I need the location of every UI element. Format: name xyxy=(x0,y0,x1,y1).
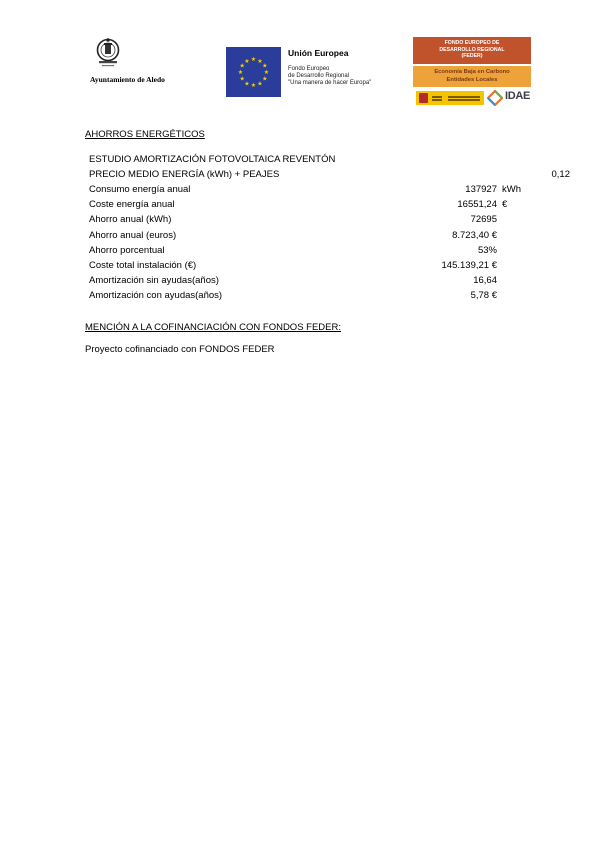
eu-flag-icon: ★★★★★★★★★★★★ xyxy=(226,47,281,97)
table-row-label: Coste energía anual xyxy=(89,199,175,210)
spain-government-logo xyxy=(416,91,484,105)
svg-text:★: ★ xyxy=(244,80,249,87)
eu-line-2: de Desarrollo Regional xyxy=(288,73,371,80)
svg-text:★: ★ xyxy=(251,82,256,89)
table-row-value: 145.139,21 € xyxy=(442,260,497,271)
sponsor-strip: IDAE xyxy=(413,88,531,108)
svg-text:★: ★ xyxy=(257,80,262,87)
feder-logo: FONDO EUROPEO DE DESARROLLO REGIONAL (FE… xyxy=(413,37,531,108)
eu-subtitle: Fondo Europeo de Desarrollo Regional "Un… xyxy=(288,66,371,87)
carbon-banner: Economía Baja en Carbono Entidades Local… xyxy=(413,66,531,87)
svg-text:★: ★ xyxy=(264,69,269,76)
feder-line-3: (FEDER) xyxy=(413,53,531,60)
feder-banner: FONDO EUROPEO DE DESARROLLO REGIONAL (FE… xyxy=(413,37,531,64)
eu-logo: ★★★★★★★★★★★★ Unión Europea Fondo Europeo… xyxy=(226,46,386,98)
svg-text:★: ★ xyxy=(238,69,243,76)
aledo-name: Ayuntamiento de Aledo xyxy=(90,75,165,84)
table-row-value: 8.723,40 € xyxy=(452,230,497,241)
idae-text: IDAE xyxy=(505,90,530,102)
table-row-value: 72695 xyxy=(471,214,497,225)
table-row-value: 16,64 xyxy=(473,275,497,286)
price-value: 0,12 xyxy=(552,169,571,180)
table-row-label: Amortización sin ayudas(años) xyxy=(89,275,219,286)
table-row-label: Ahorro porcentual xyxy=(89,245,165,256)
eu-title: Unión Europea xyxy=(288,48,348,58)
svg-text:★: ★ xyxy=(240,76,245,83)
idae-icon xyxy=(487,90,503,106)
section-heading-savings: AHORROS ENERGÉTICOS xyxy=(85,129,205,140)
section-heading-cofinancing: MENCIÓN A LA COFINANCIACIÓN CON FONDOS F… xyxy=(85,322,341,333)
table-row-value: 53% xyxy=(478,245,497,256)
svg-text:★: ★ xyxy=(262,76,267,83)
svg-text:★: ★ xyxy=(244,58,249,65)
table-row-label: Ahorro anual (euros) xyxy=(89,230,176,241)
svg-text:★: ★ xyxy=(262,63,267,70)
table-row-value: 16551,24 xyxy=(457,199,497,210)
carbon-line-2: Entidades Locales xyxy=(413,77,531,85)
coat-of-arms-icon xyxy=(96,38,120,68)
table-row-unit: € xyxy=(502,199,507,210)
table-row-unit: kWh xyxy=(502,184,521,195)
cofinancing-text: Proyecto cofinanciado con FONDOS FEDER xyxy=(85,344,275,355)
eu-line-3: "Una manera de hacer Europa" xyxy=(288,80,371,87)
table-row-label: Ahorro anual (kWh) xyxy=(89,214,171,225)
eu-line-1: Fondo Europeo xyxy=(288,66,371,73)
table-row-value: 137927 xyxy=(465,184,497,195)
price-label: PRECIO MEDIO ENERGÍA (kWh) + PEAJES xyxy=(89,169,279,180)
table-row-value: 5,78 € xyxy=(471,290,497,301)
study-title: ESTUDIO AMORTIZACIÓN FOTOVOLTAICA REVENT… xyxy=(89,154,335,165)
table-row-label: Coste total instalación (€) xyxy=(89,260,196,271)
aledo-logo: Ayuntamiento de Aledo xyxy=(84,38,194,88)
svg-text:★: ★ xyxy=(251,56,256,63)
table-row-label: Consumo energía anual xyxy=(89,184,190,195)
carbon-line-1: Economía Baja en Carbono xyxy=(413,69,531,77)
table-row-label: Amortización con ayudas(años) xyxy=(89,290,222,301)
spain-arms-icon xyxy=(419,93,428,103)
